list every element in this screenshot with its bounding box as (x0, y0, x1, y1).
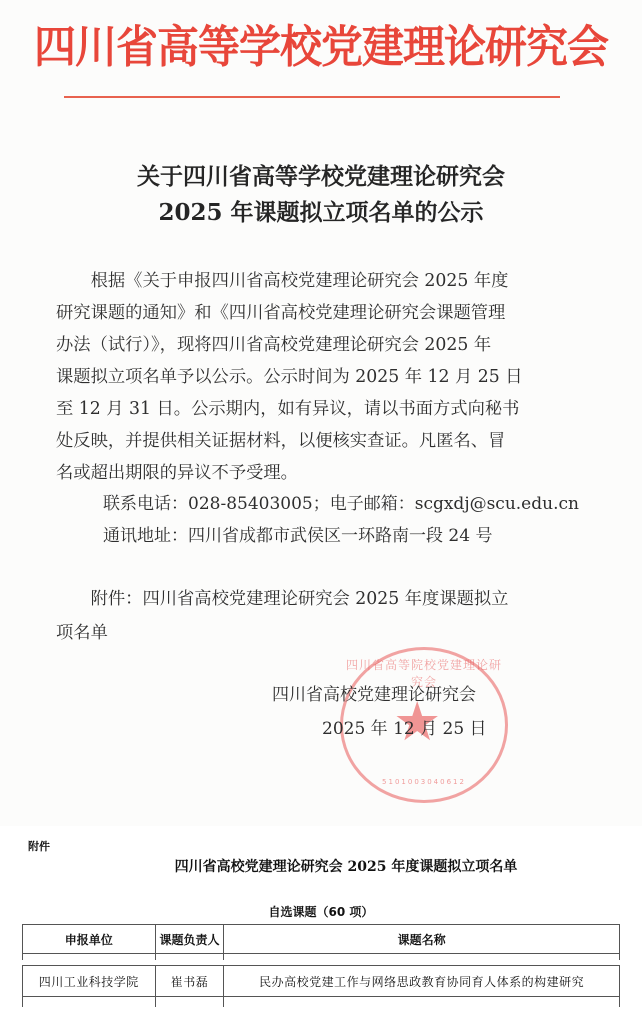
attachment-label: 附件 (28, 838, 50, 854)
body-line: 根据《关于申报四川省高校党建理论研究会 2025 年度 (56, 265, 566, 297)
seal-number: 5101003040612 (343, 778, 505, 786)
table-header-row: 申报单位 课题负责人 课题名称 (23, 925, 620, 954)
notice-title: 关于四川省高等学校党建理论研究会 2025 年课题拟立项名单的公示 (0, 159, 642, 231)
body-line: 研究课题的通知》和《四川省高校党建理论研究会课题管理 (56, 297, 566, 329)
header-leader: 课题负责人 (155, 925, 224, 954)
attachment-title: 四川省高校党建理论研究会 2025 年度课题拟立项名单 (0, 856, 642, 876)
signature-block: 四川省高校党建理论研究会 2025 年 12 月 25 日 (272, 678, 487, 746)
project-table: 四川工业科技学院 崔书磊 民办高校党建工作与网络思政教育协同育人体系的构建研究 (22, 965, 620, 1007)
table-row-fragment (23, 954, 620, 961)
signature-date: 2025 年 12 月 25 日 (272, 712, 487, 746)
contact-phone-email: 联系电话：028-85403005；电子邮箱：scgxdj@scu.edu.cn (103, 488, 579, 520)
notice-title-line2: 2025 年课题拟立项名单的公示 (0, 195, 642, 231)
letterhead-org-name: 四川省高等学校党建理论研究会 (0, 13, 642, 76)
body-line: 课题拟立项名单予以公示。公示时间为 2025 年 12 月 25 日 (56, 361, 566, 393)
project-table-header: 申报单位 课题负责人 课题名称 (22, 924, 620, 960)
table-row: 四川工业科技学院 崔书磊 民办高校党建工作与网络思政教育协同育人体系的构建研究 (23, 966, 620, 997)
letterhead-divider (64, 96, 560, 98)
scanned-notice-page: 四川省高等学校党建理论研究会 关于四川省高等学校党建理论研究会 2025 年课题… (0, 0, 642, 826)
cell-leader: 崔书磊 (155, 966, 224, 997)
body-line: 至 12 月 31 日。公示期内，如有异议，请以书面方式向秘书 (56, 393, 566, 425)
table-row-fragment (23, 997, 620, 1008)
body-line: 办法（试行）》，现将四川省高校党建理论研究会 2025 年 (56, 329, 566, 361)
body-line: 处反映，并提供相关证据材料，以便核实查证。凡匿名、冒 (56, 425, 566, 457)
attachment-reference: 附件：四川省高校党建理论研究会 2025 年度课题拟立 项名单 (56, 582, 566, 650)
attachment-line2: 项名单 (56, 616, 566, 650)
notice-title-line1: 关于四川省高等学校党建理论研究会 (0, 159, 642, 195)
contact-address: 通讯地址：四川省成都市武侯区一环路南一段 24 号 (103, 520, 579, 552)
header-project-name: 课题名称 (224, 925, 620, 954)
cell-project-name: 民办高校党建工作与网络思政教育协同育人体系的构建研究 (224, 966, 620, 997)
signature-org: 四川省高校党建理论研究会 (272, 685, 476, 705)
notice-body: 根据《关于申报四川省高校党建理论研究会 2025 年度 研究课题的通知》和《四川… (56, 265, 566, 489)
body-line: 名或超出期限的异议不予受理。 (56, 457, 566, 489)
section-title: 自选课题（60 项） (0, 903, 642, 920)
header-unit: 申报单位 (23, 925, 156, 954)
attachment-line1: 附件：四川省高校党建理论研究会 2025 年度课题拟立 (56, 582, 566, 616)
cell-unit: 四川工业科技学院 (23, 966, 156, 997)
contact-info: 联系电话：028-85403005；电子邮箱：scgxdj@scu.edu.cn… (103, 488, 579, 552)
